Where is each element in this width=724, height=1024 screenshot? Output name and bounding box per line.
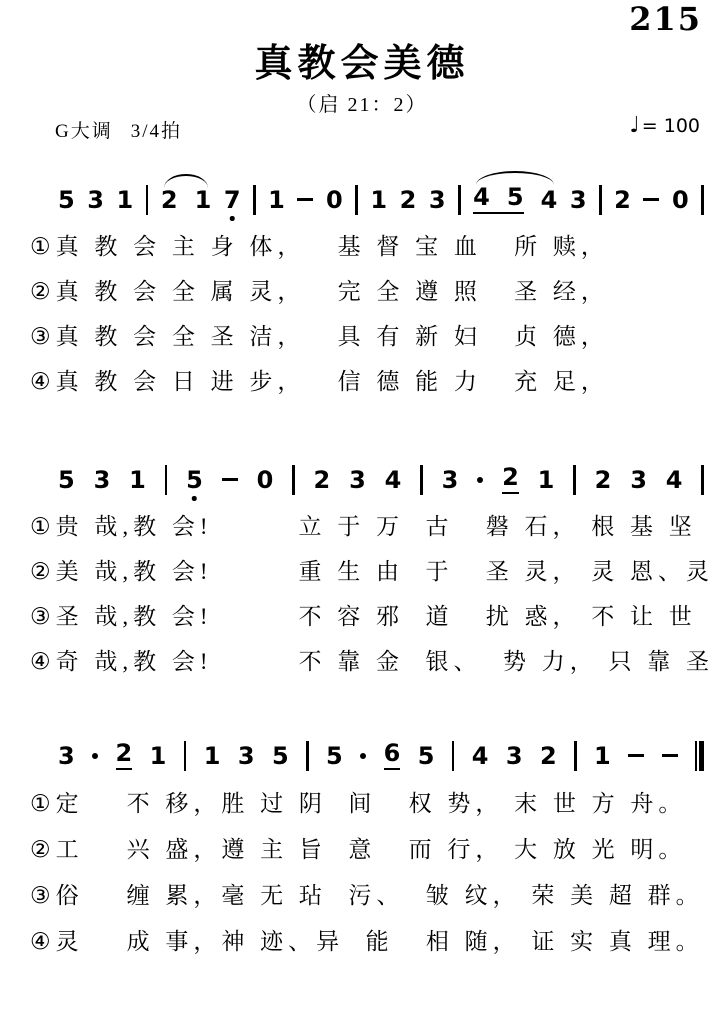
note-2: 2 bbox=[540, 744, 557, 768]
note-1: 1 bbox=[117, 188, 134, 212]
note-6: 6 bbox=[384, 741, 401, 765]
final-barline-icon: ‖ bbox=[695, 741, 704, 771]
augmentation-dot-icon: · bbox=[360, 753, 366, 759]
barline-icon: | bbox=[306, 741, 309, 771]
barline-icon: | bbox=[253, 185, 256, 215]
barline-icon: | bbox=[599, 185, 602, 215]
barline-icon: | bbox=[420, 465, 423, 495]
note-4: 4 bbox=[666, 468, 683, 492]
eighth-beam: 45 bbox=[473, 185, 523, 214]
note-3: 3 bbox=[58, 744, 75, 768]
verse-line-3-2: ②工 兴 盛，遵 主 旨 意 而 行， 大 放 光 明。 bbox=[30, 836, 686, 864]
note-7: 7 bbox=[224, 188, 241, 212]
barline-icon: | bbox=[146, 185, 149, 215]
barline-icon: | bbox=[458, 185, 461, 215]
barline-icon: | bbox=[574, 741, 577, 771]
note-1: 1 bbox=[204, 744, 221, 768]
duration-dash-icon: - bbox=[222, 478, 238, 481]
note-1: 1 bbox=[195, 188, 212, 212]
verse-line-1-1: ①真 教 会 主 身 体， 基 督 宝 血 所 赎， bbox=[30, 233, 609, 261]
note-3: 3 bbox=[429, 188, 446, 212]
duration-dash-icon: - bbox=[628, 754, 644, 757]
note-5: 5 bbox=[507, 185, 524, 209]
score-line-3: 3·21|135|5·65|432|1--‖ bbox=[58, 724, 704, 772]
barline-icon: | bbox=[184, 741, 187, 771]
augmentation-dot-icon: · bbox=[92, 753, 98, 759]
slur-arc: 21 bbox=[161, 188, 211, 212]
key-signature: G大调 bbox=[55, 121, 113, 142]
barline-icon: | bbox=[701, 185, 704, 215]
duration-dash-icon: - bbox=[297, 198, 313, 201]
note-2: 2 bbox=[595, 468, 612, 492]
barline-icon: | bbox=[355, 185, 358, 215]
note-3: 3 bbox=[570, 188, 587, 212]
eighth-beam: 2 bbox=[116, 741, 133, 770]
score-line-1: 531|217|1-0|123|4543|2-0| bbox=[58, 168, 704, 216]
note-3: 3 bbox=[442, 468, 459, 492]
note-1: 1 bbox=[129, 468, 146, 492]
note-1: 1 bbox=[370, 188, 387, 212]
note-1: 1 bbox=[594, 744, 611, 768]
verse-line-2-3: ③圣 哉,教 会! 不 容 邪 道 扰 惑， 不 让 世 bbox=[30, 603, 697, 631]
note-1: 1 bbox=[150, 744, 167, 768]
note-5: 5 bbox=[418, 744, 435, 768]
slur-arc: 454 bbox=[473, 185, 557, 214]
note-0: 0 bbox=[326, 188, 343, 212]
note-4: 4 bbox=[385, 468, 402, 492]
page-title: 真教会美德 bbox=[0, 32, 724, 87]
verse-line-1-3: ③真 教 会 全 圣 洁， 具 有 新 妇 贞 德， bbox=[30, 323, 609, 351]
note-5: 5 bbox=[326, 744, 343, 768]
eighth-beam: 2 bbox=[502, 465, 519, 494]
note-4: 4 bbox=[473, 185, 490, 209]
duration-dash-icon: - bbox=[643, 198, 659, 201]
tempo-value: = 100 bbox=[642, 115, 700, 137]
quarter-note-icon: ♩ bbox=[629, 113, 639, 138]
note-5: 5 bbox=[186, 468, 203, 492]
verse-line-3-1: ①定 不 移，胜 过 阴 间 权 势， 末 世 方 舟。 bbox=[30, 790, 686, 818]
note-2: 2 bbox=[161, 188, 178, 212]
note-3: 3 bbox=[238, 744, 255, 768]
score-line-2: 531|5-0|234|3·21|234| bbox=[58, 448, 704, 496]
note-4: 4 bbox=[472, 744, 489, 768]
note-5: 5 bbox=[58, 468, 75, 492]
note-0: 0 bbox=[257, 468, 274, 492]
time-signature: 3/4拍 bbox=[131, 121, 182, 142]
verse-line-3-3: ③俗 缠 累，毫 无 玷 污、 皱 纹， 荣 美 超 群。 bbox=[30, 882, 704, 910]
note-0: 0 bbox=[672, 188, 689, 212]
verse-line-2-2: ②美 哉,教 会! 重 生 由 于 圣 灵， 灵 恩、灵 bbox=[30, 558, 714, 586]
barline-icon: | bbox=[165, 465, 168, 495]
note-3: 3 bbox=[630, 468, 647, 492]
barline-icon: | bbox=[573, 465, 576, 495]
note-3: 3 bbox=[349, 468, 366, 492]
note-5: 5 bbox=[58, 188, 75, 212]
verse-line-2-4: ④奇 哉,教 会! 不 靠 金 银、 势 力， 只 靠 圣 bbox=[30, 648, 714, 676]
note-3: 3 bbox=[506, 744, 523, 768]
note-2: 2 bbox=[116, 741, 133, 765]
tempo-marking: ♩= 100 bbox=[629, 113, 700, 138]
hymn-sheet-page: 215 真教会美德 （启 21：2） G大调3/4拍 ♩= 100 531|21… bbox=[0, 0, 724, 1024]
verse-line-1-4: ④真 教 会 日 进 步， 信 德 能 力 充 足， bbox=[30, 368, 609, 396]
note-2: 2 bbox=[502, 465, 519, 489]
note-2: 2 bbox=[400, 188, 417, 212]
verse-line-1-2: ②真 教 会 全 属 灵， 完 全 遵 照 圣 经， bbox=[30, 278, 609, 306]
scripture-reference: （启 21：2） bbox=[0, 88, 724, 117]
note-2: 2 bbox=[314, 468, 331, 492]
barline-icon: | bbox=[701, 465, 704, 495]
barline-icon: | bbox=[292, 465, 295, 495]
key-time-row: G大调3/4拍 bbox=[55, 116, 182, 143]
note-1: 1 bbox=[268, 188, 285, 212]
eighth-beam: 6 bbox=[384, 741, 401, 770]
note-2: 2 bbox=[614, 188, 631, 212]
note-3: 3 bbox=[94, 468, 111, 492]
note-5: 5 bbox=[272, 744, 289, 768]
note-3: 3 bbox=[87, 188, 104, 212]
note-4: 4 bbox=[541, 188, 558, 212]
verse-line-2-1: ①贵 哉,教 会! 立 于 万 古 磐 石， 根 基 坚 bbox=[30, 513, 697, 541]
verse-line-3-4: ④灵 成 事，神 迹、异 能 相 随， 证 实 真 理。 bbox=[30, 928, 704, 956]
duration-dash-icon: - bbox=[662, 754, 678, 757]
augmentation-dot-icon: · bbox=[477, 477, 483, 483]
barline-icon: | bbox=[452, 741, 455, 771]
note-1: 1 bbox=[538, 468, 555, 492]
